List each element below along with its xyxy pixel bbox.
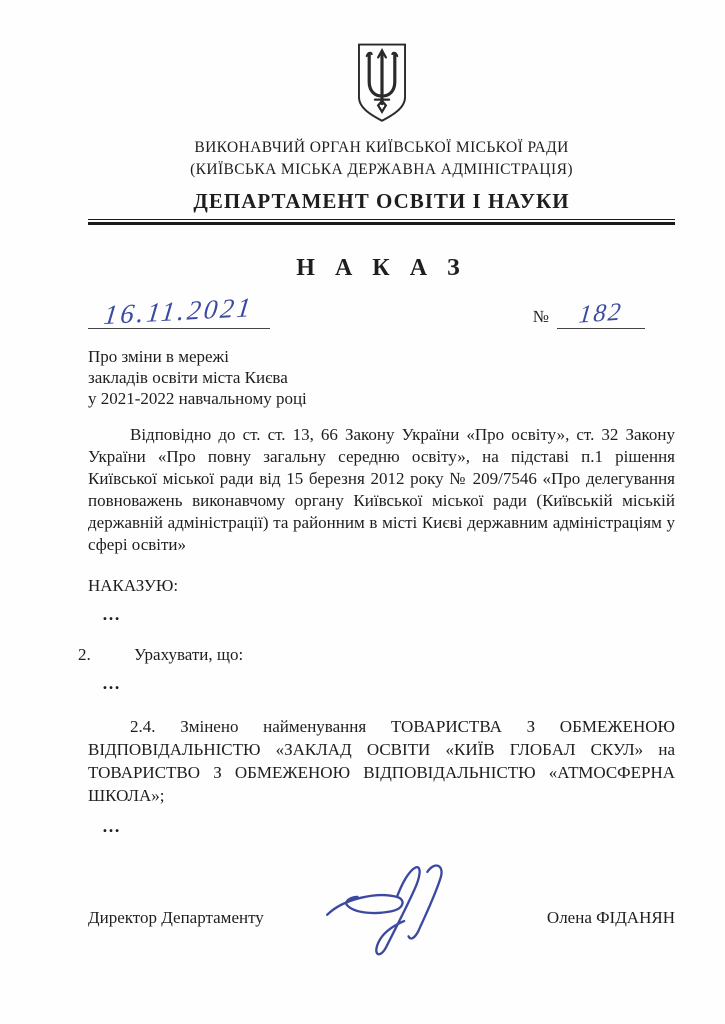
order-item-2: 2.Урахувати, що: [78,645,675,665]
handwritten-date: 16.11.2021 [102,292,255,331]
order-item-2-4: 2.4. Змінено найменування ТОВАРИСТВА З О… [88,716,675,808]
emblem-container [88,42,675,129]
subject-line-3: у 2021-2022 навчальному році [88,388,675,409]
org-line-1: ВИКОНАВЧИЙ ОРГАН КИЇВСЬКОЇ МІСЬКОЇ РАДИ [88,137,675,159]
subject-line-1: Про зміни в мережі [88,346,675,367]
handwritten-number: 182 [578,298,624,329]
item-2-text: Урахувати, що: [134,645,243,664]
handwritten-signature [320,853,490,965]
omission-ellipsis-2: … [102,674,675,692]
omission-ellipsis-3: … [102,817,675,835]
department-name: ДЕПАРТАМЕНТ ОСВІТИ І НАУКИ [88,189,675,214]
scanned-order-document: ВИКОНАВЧИЙ ОРГАН КИЇВСЬКОЇ МІСЬКОЇ РАДИ … [0,0,725,1024]
number-field: № 182 [533,300,645,329]
preamble-paragraph: Відповідно до ст. ст. 13, 66 Закону Укра… [88,424,675,557]
document-content: ВИКОНАВЧИЙ ОРГАН КИЇВСЬКОЇ МІСЬКОЇ РАДИ … [0,0,725,973]
signature-row: Директор Департаменту Олена ФІДАНЯН [88,863,675,973]
order-subject: Про зміни в мережі закладів освіти міста… [88,346,675,410]
omission-ellipsis-1: … [102,605,675,623]
date-field: 16.11.2021 [88,296,270,329]
date-number-row: 16.11.2021 № 182 [88,296,675,329]
item-2-number: 2. [78,645,134,665]
order-title: Н А К А З [88,255,675,282]
org-line-2: (КИЇВСЬКА МІСЬКА ДЕРЖАВНА АДМІНІСТРАЦІЯ) [88,159,675,181]
header-divider-rule [88,219,675,225]
org-name-block: ВИКОНАВЧИЙ ОРГАН КИЇВСЬКОЇ МІСЬКОЇ РАДИ … [88,137,675,182]
signer-role: Директор Департаменту [88,908,264,928]
signer-name: Олена ФІДАНЯН [547,908,675,928]
number-line: 182 [557,300,645,329]
number-sign: № [533,307,549,329]
ukraine-trident-emblem-icon [350,42,414,124]
decree-word: НАКАЗУЮ: [88,576,675,596]
subject-line-2: закладів освіти міста Києва [88,367,675,388]
